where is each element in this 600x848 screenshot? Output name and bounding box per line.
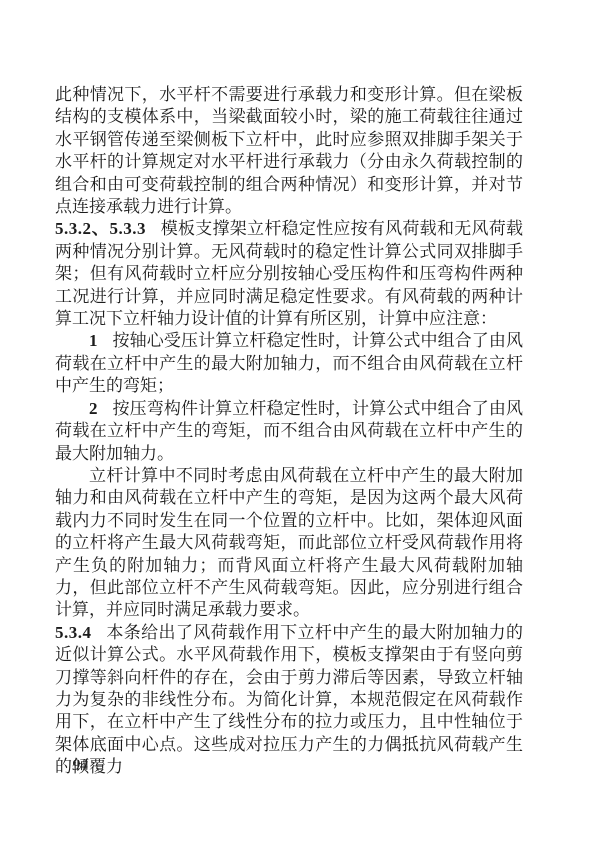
clause-number: 5.3.2、5.3.3 [55, 219, 146, 238]
list-item-2: 2按压弯构件计算立杆稳定性时，计算公式中组合了由风荷载在立杆中产生的弯矩，而不组… [55, 398, 523, 465]
page-number: 94 [72, 757, 88, 775]
text-body: 此种情况下，水平杆不需要进行承载力和变形计算。但在梁板结构的支模体系中，当梁截面… [55, 84, 523, 779]
clause-number: 5.3.4 [55, 623, 92, 642]
list-item-number: 1 [89, 331, 98, 350]
paragraph-text: 立杆计算中不同时考虑由风荷载在立杆中产生的最大附加轴力和由风荷载在立杆中产生的弯… [55, 466, 523, 619]
paragraph-text: 本条给出了风荷载作用下立杆中产生的最大附加轴力的近似计算公式。水平风荷载作用下，… [55, 623, 523, 776]
paragraph-text: 按轴心受压计算立杆稳定性时，计算公式中组合了由风荷载在立杆中产生的最大附加轴力，… [55, 331, 523, 395]
list-item-number: 2 [89, 399, 98, 418]
paragraph-continuation: 此种情况下，水平杆不需要进行承载力和变形计算。但在梁板结构的支模体系中，当梁截面… [55, 84, 523, 218]
paragraph-text: 此种情况下，水平杆不需要进行承载力和变形计算。但在梁板结构的支模体系中，当梁截面… [55, 85, 523, 216]
paragraph-clause-5-3-4: 5.3.4本条给出了风荷载作用下立杆中产生的最大附加轴力的近似计算公式。水平风荷… [55, 622, 523, 779]
paragraph-clause-5-3-2-5-3-3: 5.3.2、5.3.3模板支撑架立杆稳定性应按有风荷载和无风荷载两种情况分别计算… [55, 218, 523, 330]
list-item-1: 1按轴心受压计算立杆稳定性时，计算公式中组合了由风荷载在立杆中产生的最大附加轴力… [55, 330, 523, 397]
document-page: 此种情况下，水平杆不需要进行承载力和变形计算。但在梁板结构的支模体系中，当梁截面… [0, 0, 600, 848]
paragraph-explanation: 立杆计算中不同时考虑由风荷载在立杆中产生的最大附加轴力和由风荷载在立杆中产生的弯… [55, 465, 523, 622]
paragraph-text: 按压弯构件计算立杆稳定性时，计算公式中组合了由风荷载在立杆中产生的弯矩，而不组合… [55, 399, 523, 463]
